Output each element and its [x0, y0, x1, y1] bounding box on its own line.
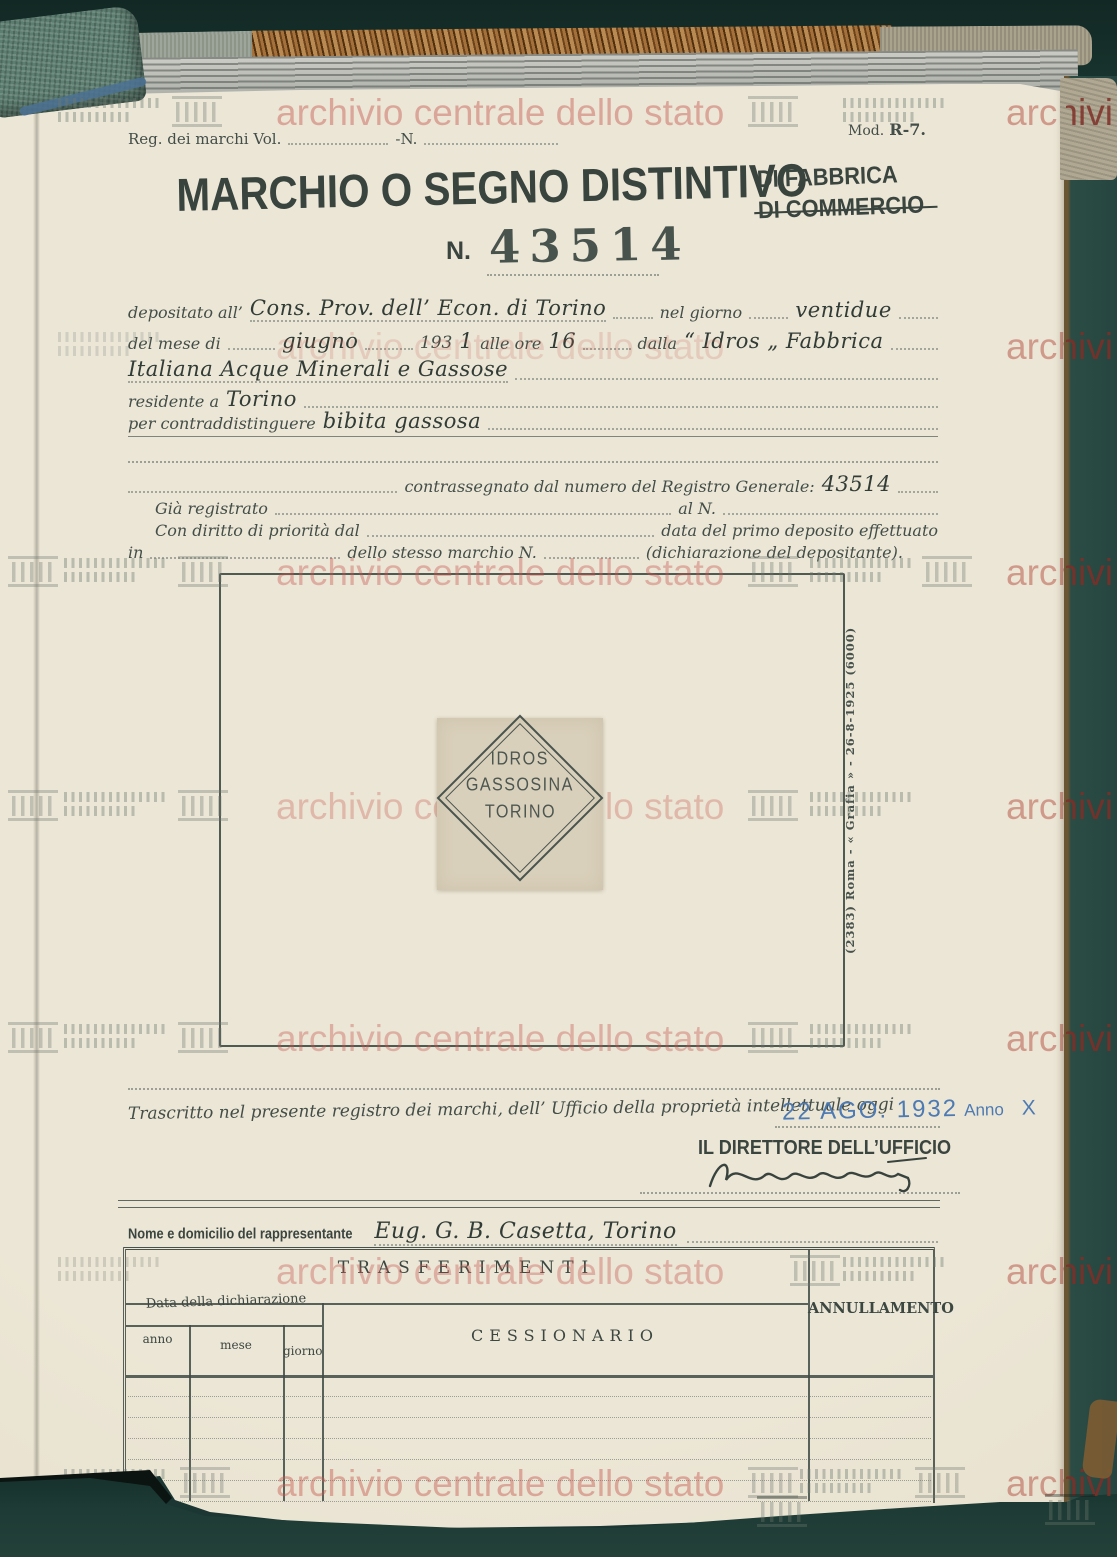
table-row [128, 1480, 931, 1481]
trademark-text: IDROS GASSOSINA TORINO [437, 746, 603, 825]
type-di-fabbrica: DI FABBRICA [756, 159, 923, 193]
page-fold-shadow [33, 90, 40, 1500]
stesso-marchio-label: dello stesso marchio N. [347, 543, 536, 562]
deposit-line-1: depositato all’ Cons. Prov. dell’ Econ. … [128, 296, 938, 322]
stesso-marchio-line: in dello stesso marchio N. (dichiarazion… [128, 536, 938, 562]
year-printed: 193 [420, 333, 452, 353]
book-cover-right [1064, 76, 1117, 1557]
divider-mese-giorno [283, 1325, 285, 1501]
header-bottom-line [126, 1375, 933, 1378]
date-stamp: 22 AGO. 1932 Anno X [782, 1093, 1036, 1126]
declaration-date-header: Data della dichiarazione [130, 1291, 322, 1313]
dichiarazione-label: (dichiarazione del depositante). [646, 543, 903, 562]
year-digit-handwritten: 1 [459, 329, 473, 353]
table-title: TRASFERIMENTI [126, 1258, 808, 1278]
del-mese-label: del mese di [128, 334, 221, 353]
mod-label: Mod. [848, 123, 884, 139]
stamp-anno-value: X [1022, 1096, 1037, 1120]
table-row [128, 1438, 931, 1439]
divider-cessionario-annullamento [808, 1250, 810, 1501]
form-model: Mod. R-7. [848, 120, 926, 139]
rule-solid [128, 412, 938, 437]
hour-handwritten: 16 [548, 329, 576, 353]
company-handwritten-2: Italiana Acque Minerali e Gassose [128, 357, 508, 383]
number-underline [487, 246, 659, 276]
alle-ore-label: alle ore [480, 334, 541, 353]
col-mese: mese [189, 1338, 283, 1352]
number-label: N. [446, 237, 471, 266]
table-row [128, 1396, 931, 1397]
label-line-gassosina: GASSOSINA [466, 771, 574, 800]
cessionario-header: CESSIONARIO [322, 1326, 808, 1345]
table-row [128, 1459, 931, 1460]
divider-giorno-cessionario [322, 1303, 324, 1501]
book-scan: Reg. dei marchi Vol. -N. Mod. R-7. MARCH… [0, 0, 1117, 1557]
archive-building-icon [1045, 1494, 1095, 1531]
signature-underline [640, 1168, 960, 1194]
day-handwritten: ventidue [795, 298, 891, 322]
double-rule [118, 1200, 940, 1208]
printer-note-vertical: (2383) Roma - « Grafia » - 26-8-1925 (60… [843, 612, 857, 968]
table-row [128, 1417, 931, 1418]
page-title: MARCHIO O SEGNO DISTINTIVO [176, 155, 808, 223]
col-giorno: giorno [283, 1344, 322, 1358]
representative-line: Nome e domicilio del rappresentante Eug.… [128, 1208, 938, 1246]
register-line: Reg. dei marchi Vol. -N. [128, 122, 558, 148]
reg-n-label: -N. [395, 130, 417, 148]
transfers-table: TRASFERIMENTI ANNULLAMENTO Data della di… [123, 1247, 935, 1503]
label-line-idros: IDROS [491, 745, 549, 774]
trademark-label: IDROS GASSOSINA TORINO [437, 718, 603, 890]
deposit-office-handwritten: Cons. Prov. dell’ Econ. di Torino [250, 296, 606, 322]
archive-building-icon [757, 1496, 807, 1533]
col-anno: anno [126, 1332, 189, 1346]
company-handwritten-1: “ Idros „ Fabbrica [684, 329, 883, 353]
line-under-title [126, 1303, 808, 1305]
deposit-line-2: del mese di giugno 1931 alle ore 16 dall… [128, 327, 938, 353]
reg-vol-field [288, 143, 388, 145]
mark-type: DI FABBRICA DI COMMERCIO [752, 160, 929, 224]
reg-vol-label: Reg. dei marchi Vol. [128, 130, 281, 148]
representative-label: Nome e domicilio del rappresentante [128, 1225, 352, 1246]
reg-n-field [424, 143, 558, 145]
representative-handwritten: Eug. G. B. Casetta, Torino [374, 1219, 676, 1246]
depositato-label: depositato all’ [128, 303, 243, 322]
stamp-date-value: 22 AGO. 1932 [782, 1095, 959, 1127]
table-row [128, 1501, 931, 1502]
deposit-line-3: Italiana Acque Minerali e Gassose [128, 357, 938, 383]
nel-giorno-label: nel giorno [660, 303, 743, 322]
label-line-torino: TORINO [484, 797, 555, 826]
divider-anno-mese [189, 1325, 191, 1501]
rule-above-transcription [128, 1064, 940, 1090]
book-cover-corner [1060, 78, 1117, 180]
in-label: in [128, 543, 143, 562]
stamp-anno-label: Anno [964, 1100, 1004, 1121]
dalla-label: dalla [638, 334, 678, 353]
rule-dotted [128, 437, 938, 463]
line-under-declaration [126, 1325, 322, 1327]
mod-value: R-7. [889, 120, 926, 139]
annulment-header: ANNULLAMENTO [808, 1300, 933, 1317]
month-handwritten: giugno [282, 329, 358, 353]
type-di-commercio-struck: DI COMMERCIO [757, 190, 924, 224]
